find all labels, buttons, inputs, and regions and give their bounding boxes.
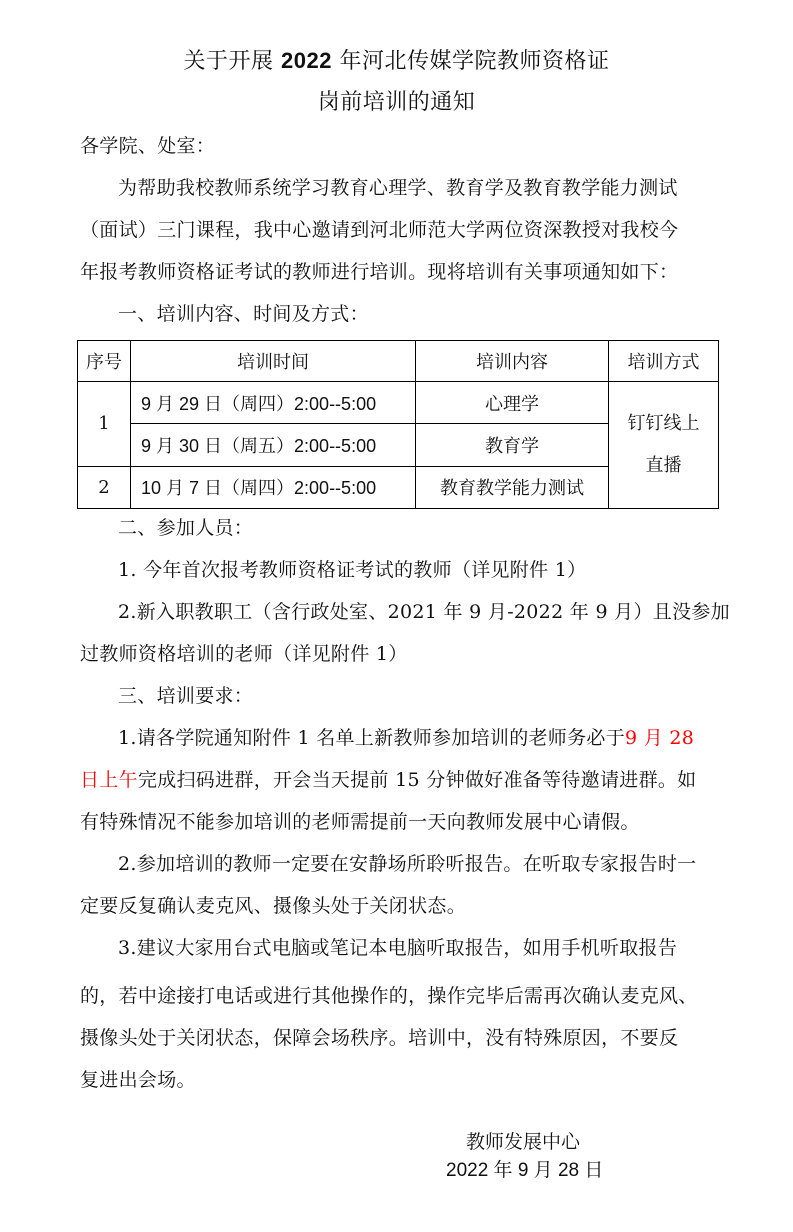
method-line-1: 钉钉线上: [609, 403, 718, 445]
section2-item-2: 2.新入职教职工（含行政处室、2021 年 9 月-2022 年 9 月）且没参…: [118, 599, 720, 625]
cell-no: 2: [78, 466, 131, 508]
section2-item-1: 1. 今年首次报考教师资格证考试的教师（详见附件 1）: [118, 557, 720, 583]
method-line-2: 直播: [609, 445, 718, 487]
cell-time: 10 月 7 日（周四）2:00--5:00: [131, 466, 416, 508]
header-time: 培训时间: [131, 341, 416, 382]
table-header-row: 序号 培训时间 培训内容 培训方式: [78, 341, 719, 382]
cell-content: 心理学: [416, 382, 609, 424]
title-line-2: 岗前培训的通知: [0, 88, 793, 118]
req3-line-4: 复进出会场。: [80, 1067, 720, 1093]
intro-line-1: 为帮助我校教师系统学习教育心理学、教育学及教育教学能力测试: [118, 175, 720, 201]
header-content: 培训内容: [416, 341, 609, 382]
cell-time: 9 月 30 日（周五）2:00--5:00: [131, 424, 416, 466]
req3-line-1: 3.建议大家用台式电脑或笔记本电脑听取报告，如用手机听取报告: [118, 935, 720, 961]
title-line-1: 关于开展 2022 年河北传媒学院教师资格证: [0, 46, 793, 77]
intro-line-3: 年报考教师资格证考试的教师进行培训。现将培训有关事项通知如下：: [80, 259, 720, 285]
cell-time: 9 月 29 日（周四）2:00--5:00: [131, 382, 416, 424]
intro-line-2: （面试）三门课程，我中心邀请到河北师范大学两位资深教授对我校今: [80, 217, 720, 243]
cell-content: 教育教学能力测试: [416, 466, 609, 508]
req1-line-2-text: 完成扫码进群，开会当天提前 15 分钟做好准备等待邀请进群。如: [138, 769, 697, 791]
cell-method: 钉钉线上 直播: [609, 382, 719, 509]
req1-line-3: 有特殊情况不能参加培训的老师需提前一天向教师发展中心请假。: [80, 809, 720, 835]
cell-content: 教育学: [416, 424, 609, 466]
notice-page: 关于开展 2022 年河北传媒学院教师资格证 岗前培训的通知 各学院、处室： 为…: [0, 0, 793, 1232]
section2-item-2-cont: 过教师资格培训的老师（详见附件 1）: [80, 641, 720, 667]
section3-heading: 三、培训要求：: [118, 683, 720, 709]
section1-heading: 一、培训内容、时间及方式：: [118, 301, 720, 327]
req1-line-1: 1.请各学院通知附件 1 名单上新教师参加培训的老师务必于9 月 28: [118, 725, 720, 751]
table-row: 1 9 月 29 日（周四）2:00--5:00 心理学 钉钉线上 直播: [78, 382, 719, 424]
req2-line-2: 定要反复确认麦克风、摄像头处于关闭状态。: [80, 893, 720, 919]
req2-line-1: 2.参加培训的教师一定要在安静场所聆听报告。在听取专家报告时一: [118, 851, 720, 877]
header-method: 培训方式: [609, 341, 719, 382]
req1-deadline-date: 9 月 28: [625, 727, 694, 749]
signature-org: 教师发展中心: [466, 1129, 580, 1155]
req1-deadline-time: 日上午: [80, 769, 138, 791]
req3-line-3: 摄像头处于关闭状态，保障会场秩序。培训中，没有特殊原因，不要反: [80, 1025, 720, 1051]
title-year: 2022: [281, 48, 332, 73]
req3-line-2: 的，若中途接打电话或进行其他操作的，操作完毕后需再次确认麦克风、: [80, 983, 720, 1009]
section2-heading: 二、参加人员：: [118, 515, 720, 541]
header-no: 序号: [78, 341, 131, 382]
schedule-table: 序号 培训时间 培训内容 培训方式 1 9 月 29 日（周四）2:00--5:…: [77, 340, 719, 509]
title-pre: 关于开展: [184, 49, 274, 74]
salutation: 各学院、处室：: [80, 133, 720, 159]
title-post: 年河北传媒学院教师资格证: [339, 49, 609, 74]
req1-line-1-text: 1.请各学院通知附件 1 名单上新教师参加培训的老师务必于: [118, 727, 625, 749]
req1-line-2: 日上午完成扫码进群，开会当天提前 15 分钟做好准备等待邀请进群。如: [80, 767, 720, 793]
signature-date: 2022 年 9 月 28 日: [446, 1158, 603, 1184]
cell-no: 1: [78, 382, 131, 467]
